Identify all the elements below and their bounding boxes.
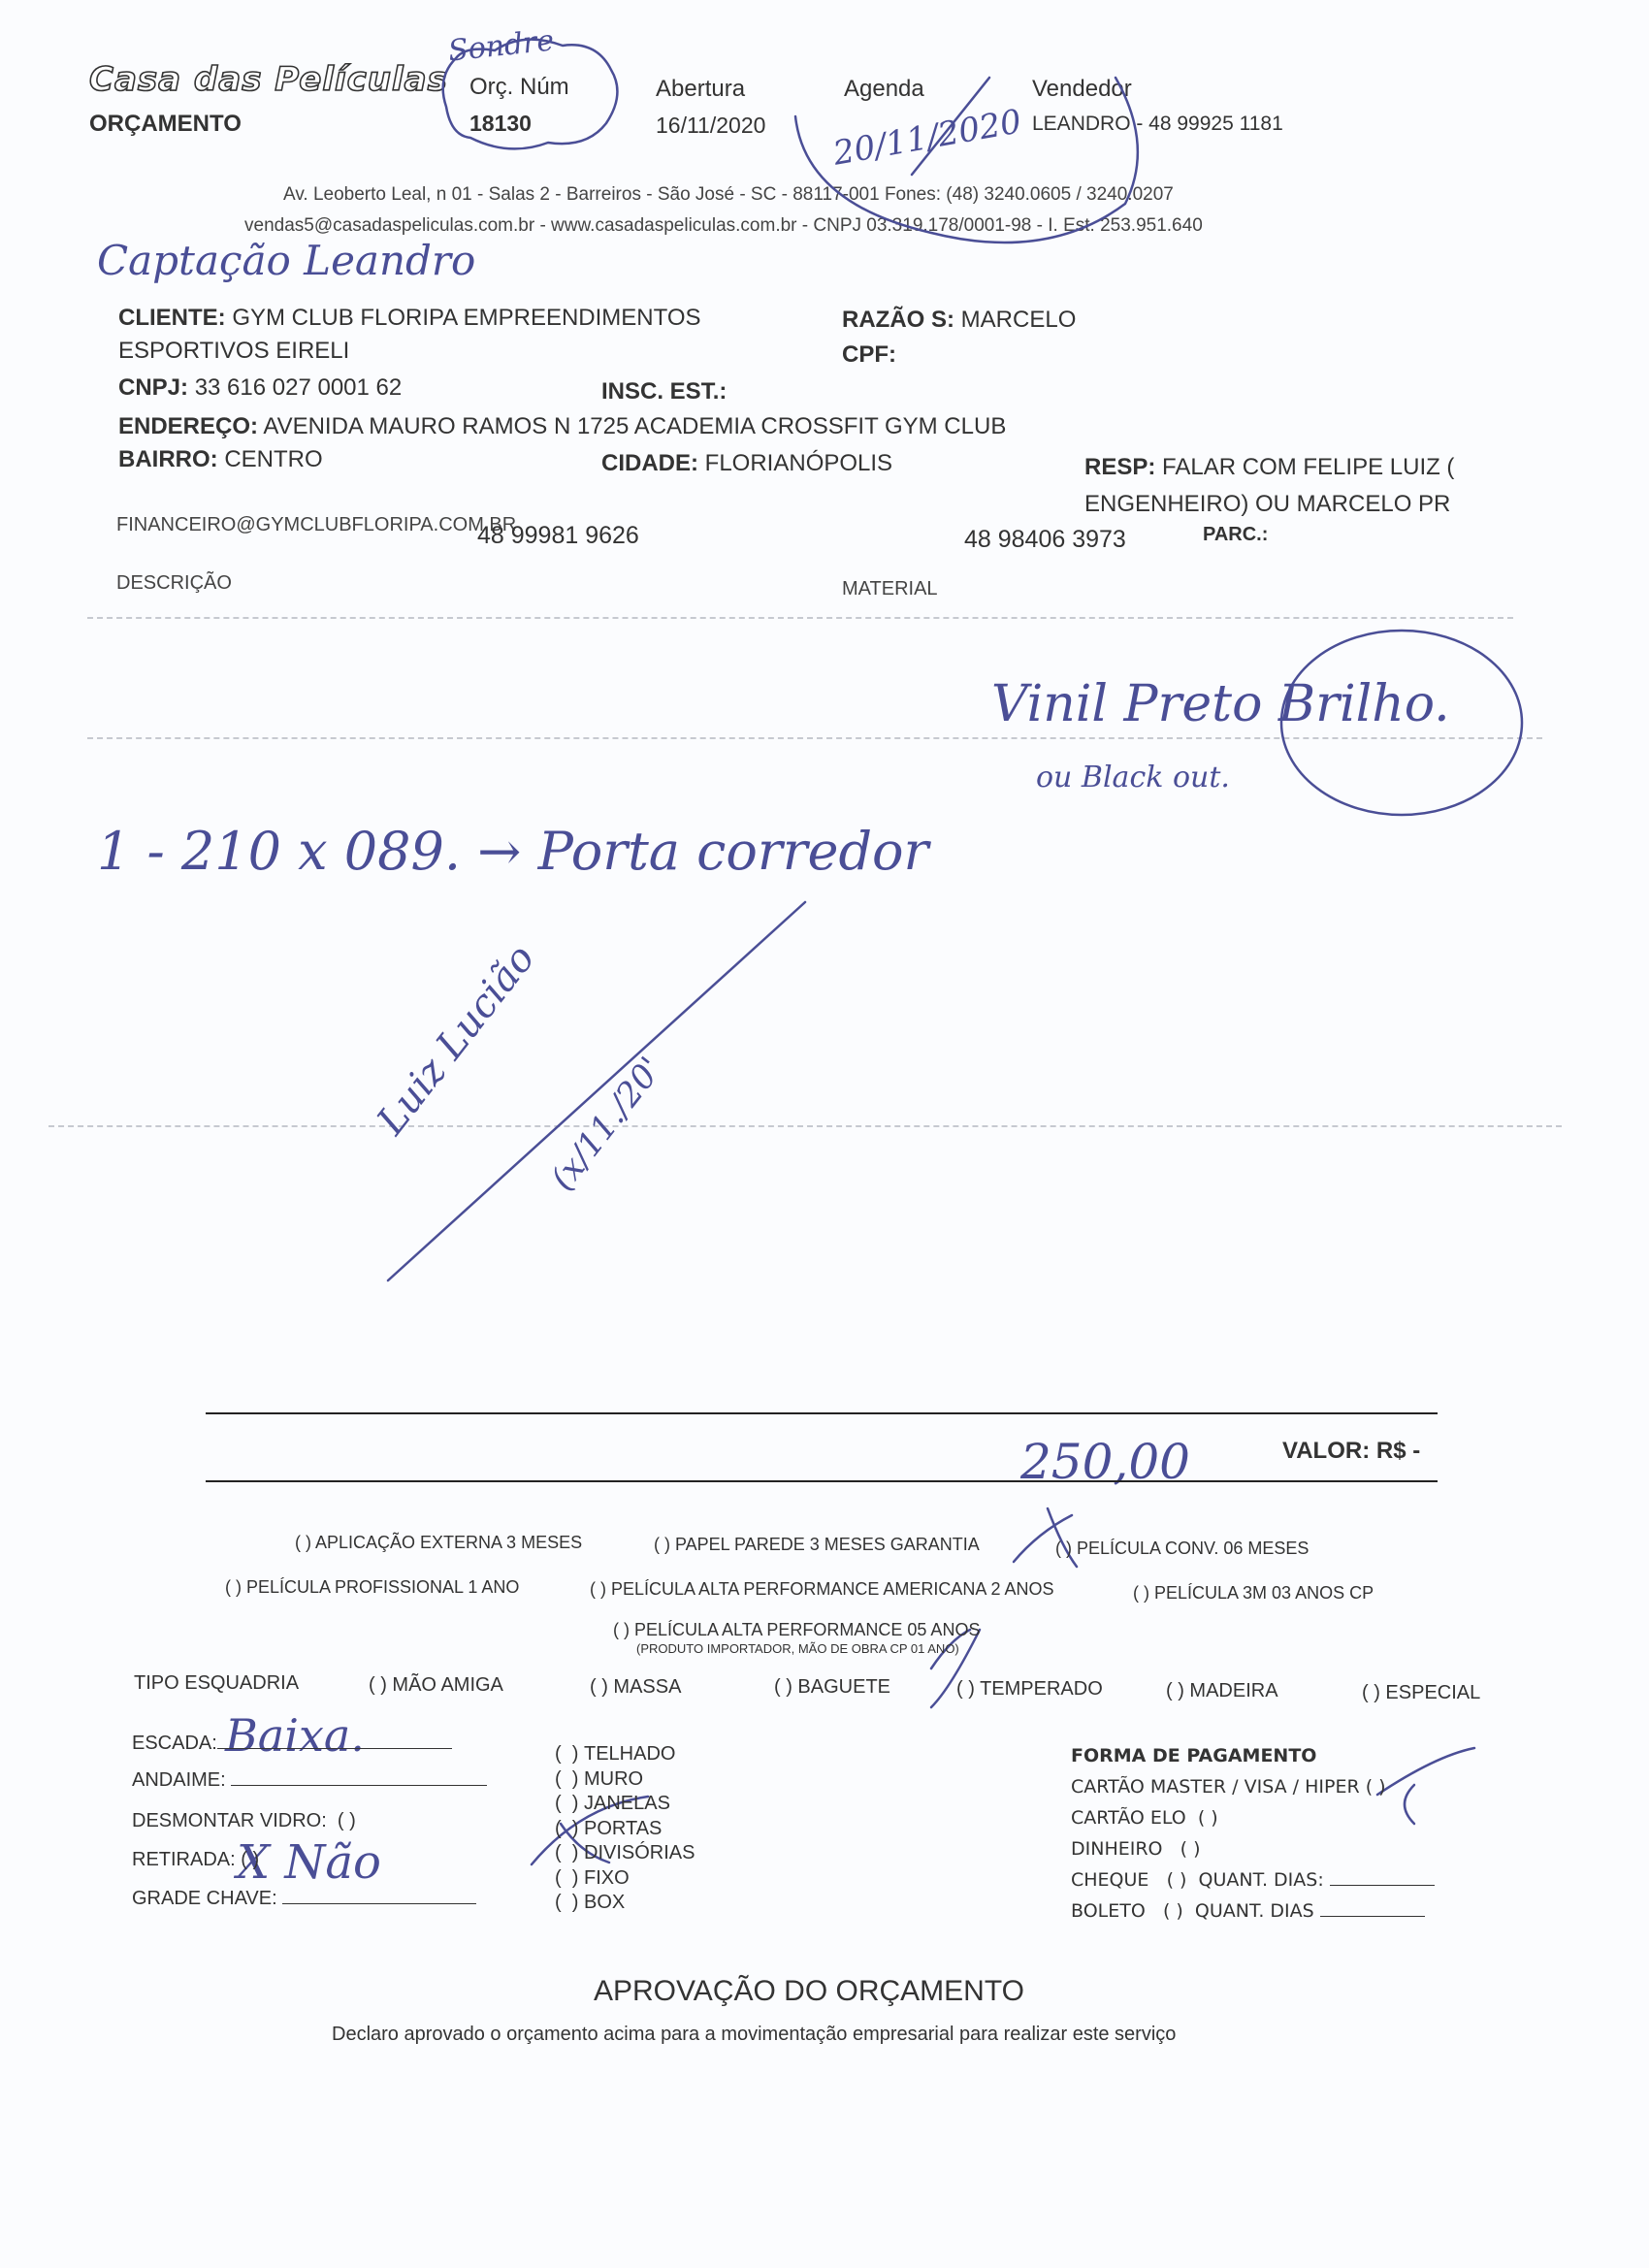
- separator: [87, 617, 1513, 619]
- cnpj-field: CNPJ: 33 616 027 0001 62: [118, 374, 402, 402]
- location-portas[interactable]: ( ) PORTAS: [555, 1817, 695, 1842]
- razao-label: RAZÃO S:: [842, 307, 954, 333]
- handwritten-material: Vinil Preto Brilho.: [991, 675, 1450, 733]
- esquadria-temperado[interactable]: ( ) TEMPERADO: [956, 1678, 1103, 1701]
- cnpj-value: 33 616 027 0001 62: [195, 374, 403, 401]
- andaime-label: ANDAIME:: [132, 1769, 226, 1791]
- retirada-checkbox[interactable]: ( ): [241, 1849, 259, 1870]
- handwritten-signature-date: (x/11./20': [543, 1050, 670, 1197]
- material-label: MATERIAL: [842, 578, 938, 600]
- cidade-value: FLORIANÓPOLIS: [705, 450, 892, 476]
- insc-est-field: INSC. EST.:: [601, 378, 727, 405]
- handwritten-signature: Luiz Lucião: [369, 936, 544, 1143]
- cidade-label: CIDADE:: [601, 450, 698, 476]
- abertura-value: 16/11/2020: [656, 113, 765, 139]
- payment-title: FORMA DE PAGAMENTO: [1071, 1740, 1435, 1771]
- esquadria-massa[interactable]: ( ) MASSA: [590, 1676, 681, 1699]
- endereco-value: AVENIDA MAURO RAMOS N 1725 ACADEMIA CROS…: [263, 413, 1006, 439]
- handwritten-cloud-note: Sondre: [446, 23, 555, 68]
- desmontar-field[interactable]: DESMONTAR VIDRO: ( ): [132, 1810, 356, 1832]
- bairro-label: BAIRRO:: [118, 446, 218, 472]
- agenda-label: Agenda: [844, 76, 924, 103]
- payment-cartao-master-box[interactable]: ( ): [1366, 1776, 1386, 1798]
- location-divisorias[interactable]: ( ) DIVISÓRIAS: [555, 1841, 695, 1866]
- option-pelicula-3m[interactable]: ( ) PELÍCULA 3M 03 ANOS CP: [1133, 1583, 1374, 1604]
- handwritten-material-alt: ou Black out.: [1036, 761, 1230, 794]
- escada-input-line[interactable]: [217, 1748, 452, 1749]
- warranty-note: (PRODUTO IMPORTADOR, MÃO DE OBRA CP 01 A…: [636, 1641, 959, 1656]
- location-fixo[interactable]: ( ) FIXO: [555, 1866, 695, 1892]
- esquadria-madeira[interactable]: ( ) MADEIRA: [1166, 1680, 1278, 1702]
- esquadria-mao-amiga[interactable]: ( ) MÃO AMIGA: [369, 1674, 503, 1697]
- cidade-field: CIDADE: FLORIANÓPOLIS: [601, 450, 892, 477]
- retirada-field[interactable]: RETIRADA: ( ): [132, 1849, 259, 1871]
- cpf-field: CPF:: [842, 341, 896, 369]
- location-box[interactable]: ( ) BOX: [555, 1891, 695, 1916]
- grade-chave-input-line[interactable]: [282, 1903, 476, 1904]
- cliente-field: CLIENTE: GYM CLUB FLORIPA EMPREENDIMENTO…: [118, 305, 701, 332]
- andaime-field[interactable]: ANDAIME:: [132, 1769, 487, 1792]
- endereco-field: ENDEREÇO: AVENIDA MAURO RAMOS N 1725 ACA…: [118, 413, 1006, 440]
- cliente-value: GYM CLUB FLORIPA EMPREENDIMENTOS: [232, 305, 700, 331]
- esquadria-especial[interactable]: ( ) ESPECIAL: [1362, 1682, 1480, 1704]
- orc-num-value: 18130: [469, 111, 532, 137]
- approval-title: APROVAÇÃO DO ORÇAMENTO: [594, 1975, 1024, 2008]
- separator: [48, 1125, 1562, 1127]
- parc-label: PARC.:: [1203, 524, 1268, 546]
- razao-field: RAZÃO S: MARCELO: [842, 307, 1076, 334]
- cheque-dias-line[interactable]: [1330, 1885, 1435, 1886]
- grade-chave-field[interactable]: GRADE CHAVE:: [132, 1888, 476, 1910]
- handwritten-captacao: Captação Leandro: [97, 237, 475, 284]
- company-contact: vendas5@casadaspeliculas.com.br - www.ca…: [244, 215, 1203, 237]
- company-address: Av. Leoberto Leal, n 01 - Salas 2 - Barr…: [283, 184, 1174, 206]
- esquadria-baguete[interactable]: ( ) BAGUETE: [774, 1676, 890, 1699]
- desmontar-label: DESMONTAR VIDRO:: [132, 1810, 327, 1831]
- escada-field[interactable]: ESCADA:: [132, 1733, 452, 1755]
- client-phone-2: 48 98406 3973: [964, 526, 1126, 554]
- document-type: ORÇAMENTO: [89, 111, 242, 138]
- vendedor-value: LEANDRO - 48 99925 1181: [1032, 113, 1283, 136]
- approval-text: Declaro aprovado o orçamento acima para …: [332, 2024, 1176, 2046]
- escada-label: ESCADA:: [132, 1733, 217, 1754]
- handwritten-description: 1 - 210 x 089. → Porta corredor: [97, 821, 928, 882]
- client-email: FINANCEIRO@GYMCLUBFLORIPA.COM.BR: [116, 514, 516, 536]
- handwritten-agenda-date: 20/11/2020: [830, 102, 1024, 173]
- separator: [87, 737, 1542, 739]
- desmontar-checkbox[interactable]: ( ): [338, 1810, 356, 1831]
- retirada-label: RETIRADA:: [132, 1849, 236, 1870]
- payment-cheque[interactable]: CHEQUE ( ) QUANT. DIAS:: [1071, 1864, 1435, 1895]
- cliente-value-line2: ESPORTIVOS EIRELI: [118, 338, 349, 365]
- location-telhado[interactable]: ( ) TELHADO: [555, 1742, 695, 1767]
- cnpj-label: CNPJ:: [118, 374, 188, 401]
- payment-cartao-master[interactable]: CARTÃO MASTER / VISA / HIPER ( ): [1071, 1771, 1435, 1802]
- company-logo: Casa das Películas: [89, 60, 448, 99]
- resp-value-line2: ENGENHEIRO) OU MARCELO PR: [1084, 491, 1450, 518]
- bairro-value: CENTRO: [224, 446, 322, 472]
- cpf-label: CPF:: [842, 341, 896, 368]
- location-list: ( ) TELHADO ( ) MURO ( ) JANELAS ( ) POR…: [555, 1742, 695, 1916]
- endereco-label: ENDEREÇO:: [118, 413, 258, 439]
- option-pelicula-conv[interactable]: ( ) PELÍCULA CONV. 06 MESES: [1055, 1539, 1309, 1559]
- razao-value: MARCELO: [961, 307, 1077, 333]
- payment-boleto[interactable]: BOLETO ( ) QUANT. DIAS: [1071, 1895, 1435, 1927]
- location-janelas[interactable]: ( ) JANELAS: [555, 1792, 695, 1817]
- valor-label: VALOR: R$ -: [1282, 1438, 1420, 1465]
- orc-num-label: Orç. Núm: [469, 74, 569, 101]
- location-muro[interactable]: ( ) MURO: [555, 1767, 695, 1793]
- vendedor-label: Vendedor: [1032, 76, 1132, 103]
- option-alta-performance-americana[interactable]: ( ) PELÍCULA ALTA PERFORMANCE AMERICANA …: [590, 1579, 1053, 1600]
- option-papel-parede[interactable]: ( ) PAPEL PAREDE 3 MESES GARANTIA: [654, 1535, 980, 1555]
- option-aplicacao-externa[interactable]: ( ) APLICAÇÃO EXTERNA 3 MESES: [295, 1533, 582, 1553]
- resp-value: FALAR COM FELIPE LUIZ (: [1162, 454, 1454, 480]
- payment-cartao-elo[interactable]: CARTÃO ELO ( ): [1071, 1802, 1435, 1833]
- abertura-label: Abertura: [656, 76, 745, 103]
- resp-label: RESP:: [1084, 454, 1155, 480]
- option-alta-performance-05[interactable]: ( ) PELÍCULA ALTA PERFORMANCE 05 ANOS: [613, 1620, 980, 1640]
- payment-dinheiro[interactable]: DINHEIRO ( ): [1071, 1833, 1435, 1864]
- insc-est-label: INSC. EST.:: [601, 378, 727, 405]
- valor-top-line: [206, 1412, 1438, 1414]
- payment-section: FORMA DE PAGAMENTO CARTÃO MASTER / VISA …: [1071, 1740, 1435, 1927]
- cliente-label: CLIENTE:: [118, 305, 226, 331]
- descricao-label: DESCRIÇÃO: [116, 572, 232, 595]
- resp-field: RESP: FALAR COM FELIPE LUIZ (: [1084, 454, 1454, 481]
- boleto-dias-line[interactable]: [1320, 1916, 1425, 1917]
- valor-bottom-line: [206, 1480, 1438, 1482]
- signature-strike: [388, 902, 805, 1280]
- andaime-input-line[interactable]: [231, 1785, 487, 1786]
- bairro-field: BAIRRO: CENTRO: [118, 446, 323, 473]
- option-pelicula-profissional[interactable]: ( ) PELÍCULA PROFISSIONAL 1 ANO: [225, 1577, 519, 1598]
- grade-chave-label: GRADE CHAVE:: [132, 1888, 277, 1909]
- client-phone-1: 48 99981 9626: [477, 522, 639, 550]
- esquadria-label: TIPO ESQUADRIA: [134, 1672, 299, 1695]
